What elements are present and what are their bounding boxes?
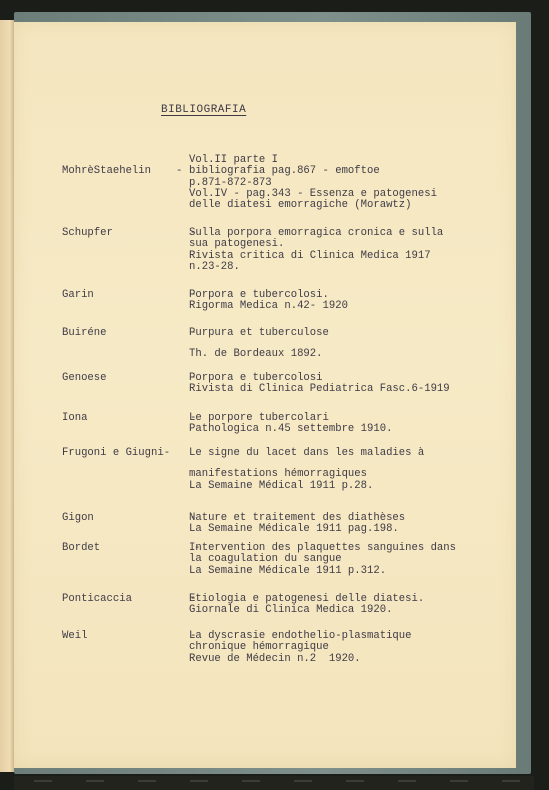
citation-line: Giornale di Clinica Medica 1920. <box>189 605 424 616</box>
ruler-tick <box>294 780 312 782</box>
ruler-tick <box>242 780 260 782</box>
ruler-tick <box>502 780 520 782</box>
entry-citation: Nature et traitement des diathèsesLa Sem… <box>189 513 405 536</box>
entry-dash: - <box>176 166 182 177</box>
entry-citation: Le signe du lacet dans les maladies àman… <box>189 448 424 492</box>
entry-author: Buiréne <box>62 328 107 339</box>
entry-author: Bordet <box>62 543 100 554</box>
citation-line: Revue de Médecin n.2 1920. <box>189 654 412 665</box>
citation-line: La Semaine Médicale 1911 p.312. <box>189 566 456 577</box>
entry-citation: Vol.II parte Ibibliografia pag.867 - emo… <box>189 155 437 211</box>
citation-line: Rigorma Medica n.42- 1920 <box>189 301 348 312</box>
citation-line: Le signe du lacet dans les maladies à <box>189 448 424 459</box>
citation-line: Rivista di Clinica Pediatrica Fasc.6-191… <box>189 384 450 395</box>
entry-author: Frugoni e Giugni- <box>62 448 170 459</box>
citation-line: La Semaine Médical 1911 p.28. <box>189 481 424 492</box>
entry-author: Garin <box>62 290 94 301</box>
citation-line: manifestations hémorragiques <box>189 469 424 480</box>
entry-author: Gigon <box>62 513 94 524</box>
entry-citation: La dyscrasie endothelio-plasmatiquechron… <box>189 631 412 665</box>
facing-page-edge <box>0 20 15 772</box>
citation-line: Th. de Bordeaux 1892. <box>189 349 329 360</box>
ruler-tick <box>450 780 468 782</box>
entry-citation: Porpora e tubercolosiRivista di Clinica … <box>189 373 450 396</box>
citation-line: la coagulation du sangue <box>189 554 456 565</box>
citation-line: bibliografia pag.867 - emoftoe <box>189 166 437 177</box>
page-heading: BIBLIOGRAFIA <box>161 104 246 116</box>
entry-citation: Etiologia e patogenesi delle diatesi.Gio… <box>189 594 424 617</box>
citation-line: Pathologica n.45 settembre 1910. <box>189 424 392 435</box>
entry-author: Weil <box>62 631 87 642</box>
citation-line: chronique hémorragique <box>189 642 412 653</box>
entry-author: Genoese <box>62 373 107 384</box>
entry-citation: Intervention des plaquettes sanguines da… <box>189 543 456 577</box>
citation-line: n.23-28. <box>189 262 443 273</box>
citation-line: sua patogenesi. <box>189 239 443 250</box>
ruler-tick <box>190 780 208 782</box>
entry-author: Schupfer <box>62 228 113 239</box>
scale-ruler <box>14 776 534 790</box>
ruler-tick <box>34 780 52 782</box>
ruler-tick <box>138 780 156 782</box>
entry-citation: Le porpore tubercolariPathologica n.45 s… <box>189 413 392 436</box>
entry-author: MohrèStaehelin <box>62 166 151 177</box>
entry-author: Iona <box>62 413 87 424</box>
citation-line: Purpura et tuberculose <box>189 328 329 339</box>
entry-citation: Porpora e tubercolosi.Rigorma Medica n.4… <box>189 290 348 313</box>
citation-line: La Semaine Médicale 1911 pag.198. <box>189 524 405 535</box>
entry-citation: Purpura et tuberculoseTh. de Bordeaux 18… <box>189 328 329 361</box>
entry-author: Ponticaccia <box>62 594 132 605</box>
ruler-tick <box>346 780 364 782</box>
ruler-tick <box>86 780 104 782</box>
citation-line: delle diatesi emorragiche (Morawtz) <box>189 200 437 211</box>
ruler-tick <box>398 780 416 782</box>
entry-citation: Sulla porpora emorragica cronica e sulla… <box>189 228 443 273</box>
